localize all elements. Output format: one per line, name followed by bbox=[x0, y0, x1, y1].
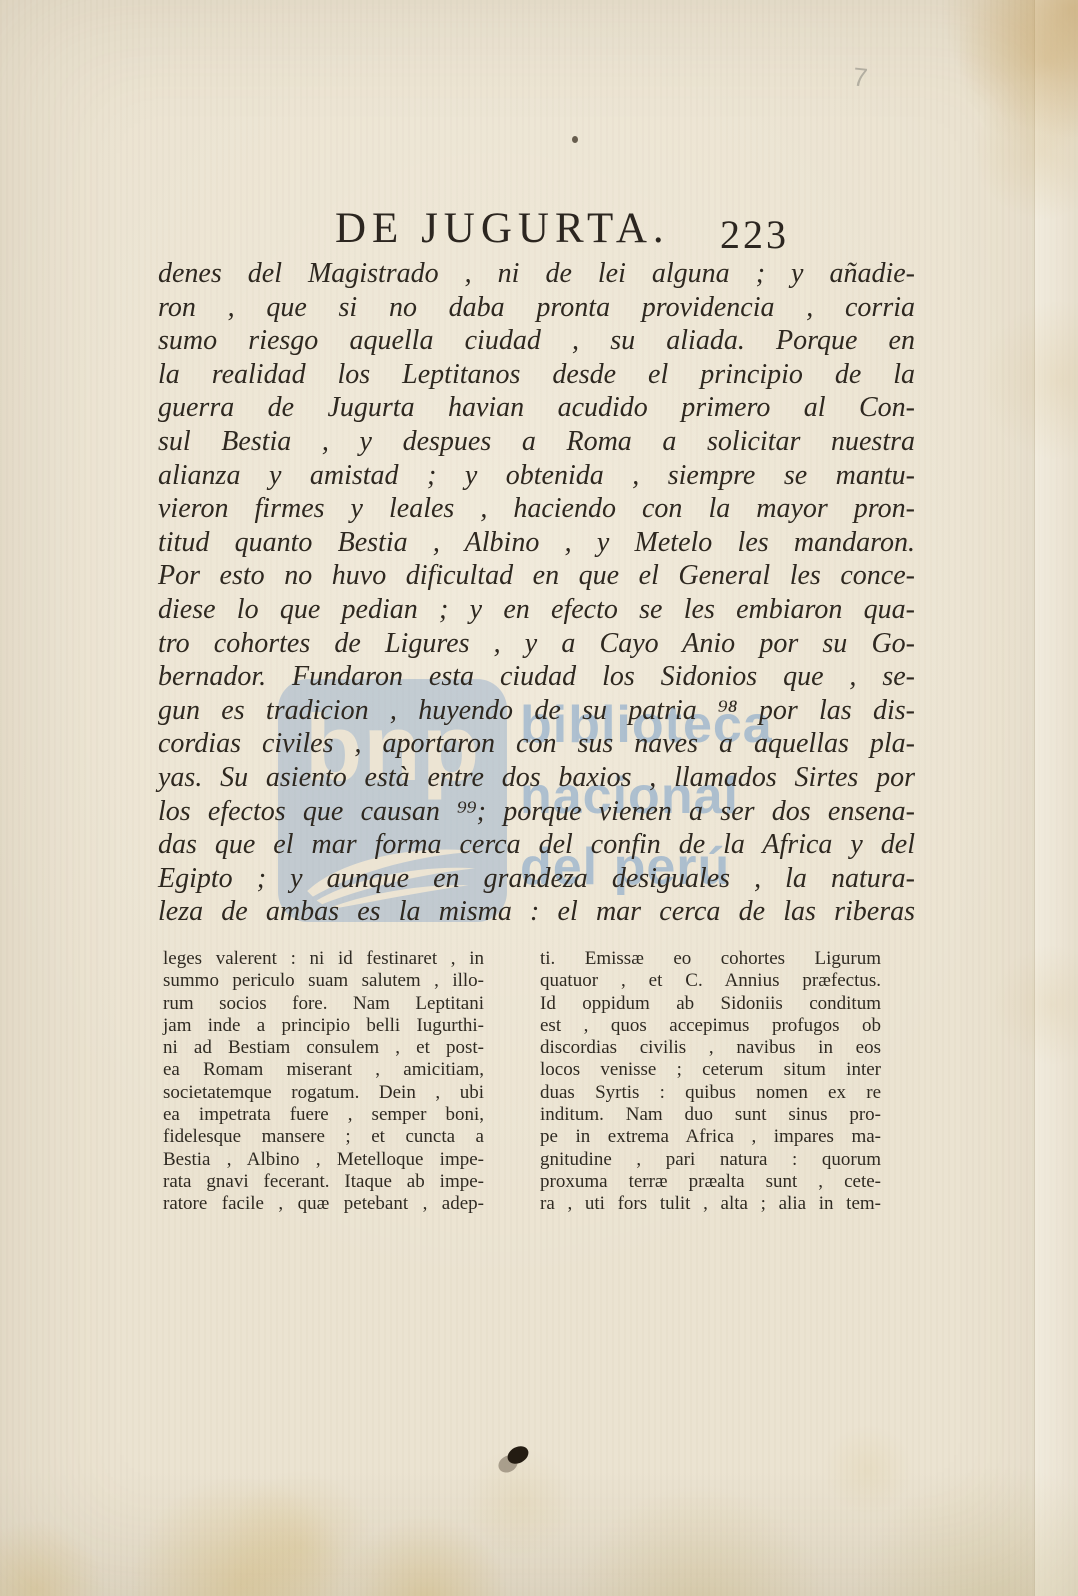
spanish-text-line: sumo riesgo aquella ciudad , su aliada. … bbox=[158, 324, 915, 358]
spanish-text-line: leza de ambas es la misma : el mar cerca… bbox=[158, 895, 915, 929]
latin-text-line: proxuma terræ præalta sunt , cete- bbox=[540, 1171, 881, 1193]
spanish-text-line: guerra de Jugurta havian acudido primero… bbox=[158, 391, 915, 425]
spanish-text-line: bernador. Fundaron esta ciudad los Sidon… bbox=[158, 660, 915, 694]
latin-text-line: Id oppidum ab Sidoniis conditum bbox=[540, 993, 881, 1015]
latin-column-right: ti. Emissæ eo cohortes Ligurumquatuor , … bbox=[540, 948, 881, 1216]
spanish-text-line: ron , que si no daba pronta providencia … bbox=[158, 291, 915, 325]
latin-text-line: gnitudine , pari natura : quorum bbox=[540, 1149, 881, 1171]
latin-text-line: Bestia , Albino , Metelloque impe- bbox=[163, 1149, 484, 1171]
latin-text-line: ra , uti fors tulit , alta ; alia in tem… bbox=[540, 1193, 881, 1215]
spanish-text-line: das que el mar forma cerca del confin de… bbox=[158, 828, 915, 862]
spanish-text-line: denes del Magistrado , ni de lei alguna … bbox=[158, 257, 915, 291]
latin-text-line: rum socios fore. Nam Leptitani bbox=[163, 993, 484, 1015]
latin-text-line: discordias civilis , navibus in eos bbox=[540, 1037, 881, 1059]
spanish-text-line: yas. Su asiento està entre dos baxios , … bbox=[158, 761, 915, 795]
spanish-text-line: Egipto ; y aunque en grandeza desiguales… bbox=[158, 862, 915, 896]
spanish-text-line: sul Bestia , y despues a Roma a solicita… bbox=[158, 425, 915, 459]
latin-column-left: leges valerent : ni id festinaret , insu… bbox=[163, 948, 484, 1216]
scanned-book-page: bnp bibliotecanacionaldel perú DE JUGURT… bbox=[0, 0, 1078, 1596]
latin-text-line: inditum. Nam duo sunt sinus pro- bbox=[540, 1104, 881, 1126]
latin-text-line: societatemque rogatum. Dein , ubi bbox=[163, 1082, 484, 1104]
spanish-text-line: diese lo que pedian ; y en efecto se les… bbox=[158, 593, 915, 627]
spanish-text-line: la realidad los Leptitanos desde el prin… bbox=[158, 358, 915, 392]
latin-text-line: fidelesque mansere ; et cuncta a bbox=[163, 1126, 484, 1148]
spanish-text-line: cordias civiles , aportaron con sus nave… bbox=[158, 727, 915, 761]
spanish-text-line: gun es tradicion , huyendo de su patria … bbox=[158, 694, 915, 728]
latin-text-line: summo periculo suam salutem , illo- bbox=[163, 970, 484, 992]
latin-text-line: ni ad Bestiam consulem , et post- bbox=[163, 1037, 484, 1059]
spanish-text-line: tro cohortes de Ligures , y a Cayo Anio … bbox=[158, 627, 915, 661]
latin-text-line: ea impetrata fuere , semper boni, bbox=[163, 1104, 484, 1126]
latin-text-line: ti. Emissæ eo cohortes Ligurum bbox=[540, 948, 881, 970]
spanish-text-line: alianza y amistad ; y obtenida , siempre… bbox=[158, 459, 915, 493]
latin-text-line: duas Syrtis : quibus nomen ex re bbox=[540, 1082, 881, 1104]
latin-text-line: leges valerent : ni id festinaret , in bbox=[163, 948, 484, 970]
latin-text-line: jam inde a principio belli Iugurthi- bbox=[163, 1015, 484, 1037]
latin-text-line: ea Romam miserant , amicitiam, bbox=[163, 1059, 484, 1081]
spanish-text-line: titud quanto Bestia , Albino , y Metelo … bbox=[158, 526, 915, 560]
page-number: 223 bbox=[720, 211, 789, 258]
latin-text-line: est , quos accepimus profugos ob bbox=[540, 1015, 881, 1037]
latin-text-line: ratore facile , quæ petebant , adep- bbox=[163, 1193, 484, 1215]
latin-text-line: pe in extrema Africa , impares ma- bbox=[540, 1126, 881, 1148]
latin-text-line: quatuor , et C. Annius præfectus. bbox=[540, 970, 881, 992]
latin-text-line: rata gnavi fecerant. Itaque ab impe- bbox=[163, 1171, 484, 1193]
spanish-text-line: Por esto no huvo dificultad en que el Ge… bbox=[158, 559, 915, 593]
spanish-translation-paragraph: denes del Magistrado , ni de lei alguna … bbox=[158, 257, 915, 929]
spanish-text-line: los efectos que causan ⁹⁹; porque vienen… bbox=[158, 795, 915, 829]
spanish-text-line: vieron firmes y leales , haciendo con la… bbox=[158, 492, 915, 526]
printed-content: DE JUGURTA. 223 denes del Magistrado , n… bbox=[0, 0, 1078, 1596]
page-heading: DE JUGURTA. bbox=[335, 204, 670, 253]
latin-text-line: locos venisse ; ceterum situm inter bbox=[540, 1059, 881, 1081]
